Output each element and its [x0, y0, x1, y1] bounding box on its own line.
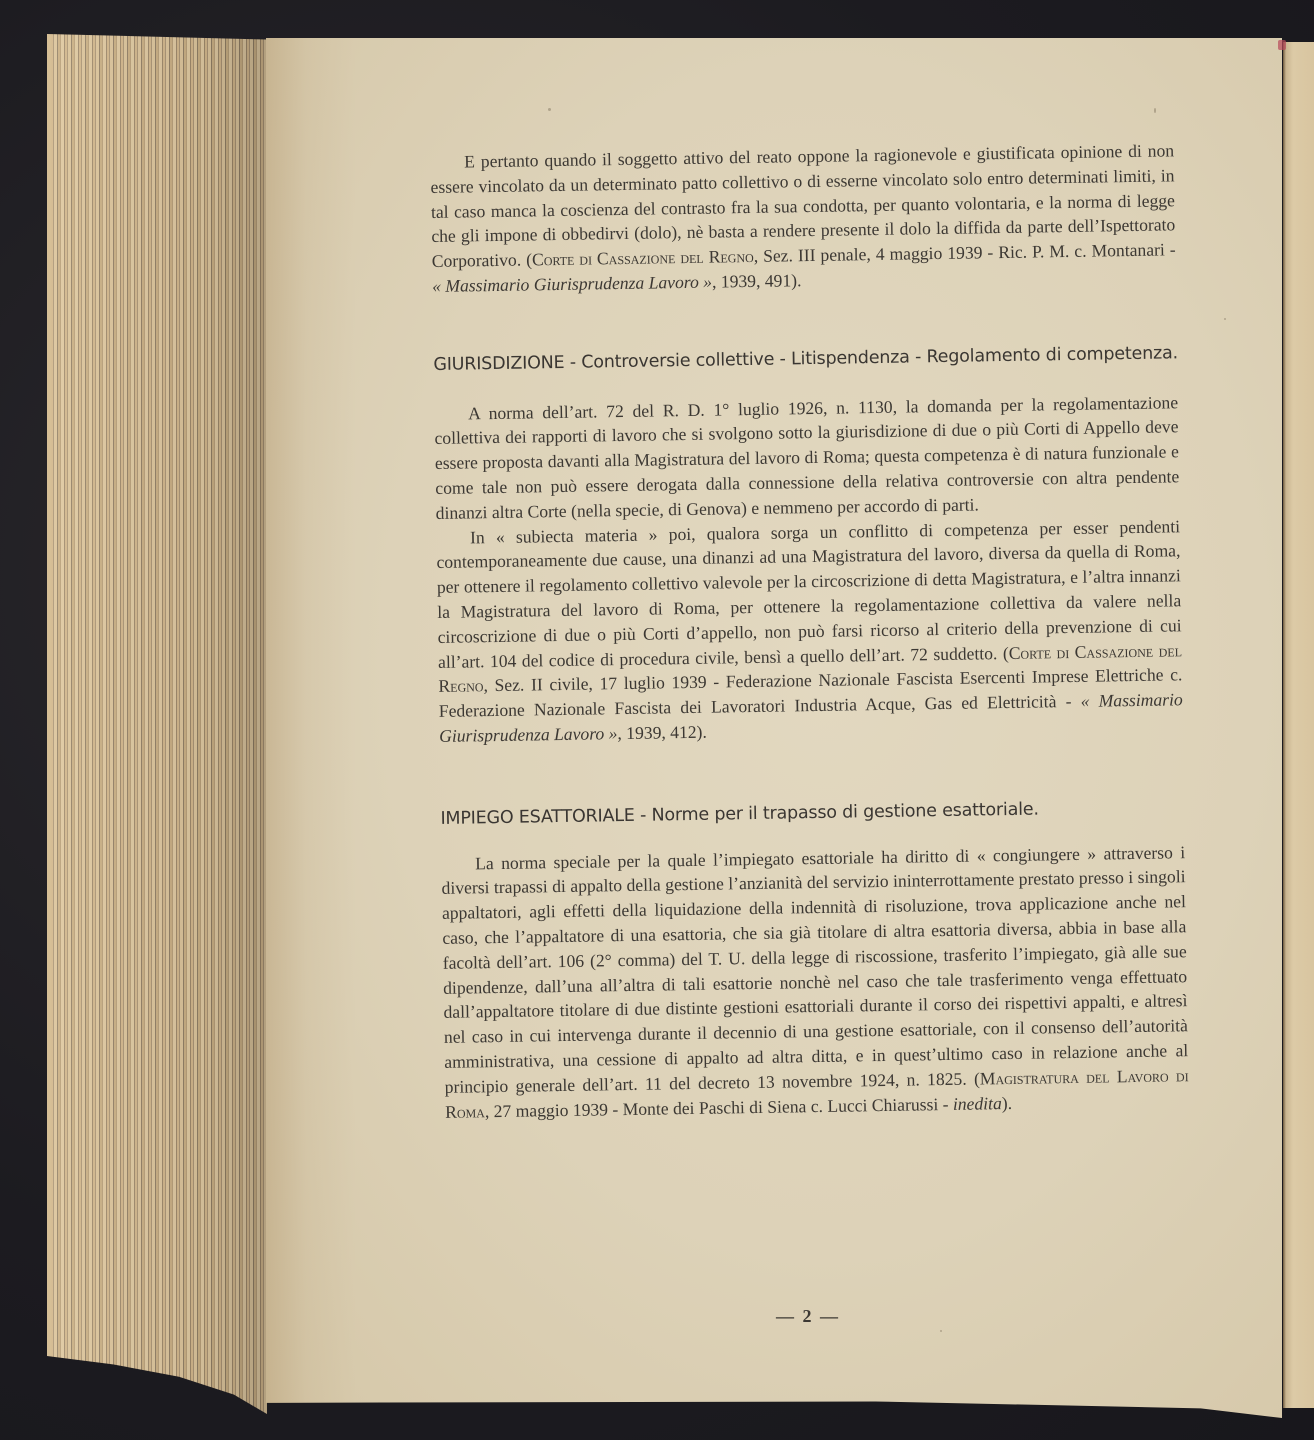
section-title-main: Giurisdizione — [433, 353, 564, 375]
court-citation: Corte di Cassazione del Regno — [532, 246, 754, 269]
text-run: , Sez. III penale, 4 maggio 1939 - Ric. … — [754, 239, 1176, 266]
section-title-impiego-esattoriale: Impiego esattoriale - Norme per il trapa… — [440, 795, 1184, 831]
section-title-rest: - Norme per il trapasso di gestione esat… — [635, 799, 1039, 825]
section-title-main: Impiego esattoriale — [440, 806, 634, 829]
text-run: La norma speciale per la quale l’impiega… — [441, 842, 1188, 1097]
adjacent-page-edge — [1283, 42, 1314, 1408]
text-run: , 1939, 412). — [617, 722, 707, 743]
section-paragraph: In « subiecta materia » poi, qualora sor… — [436, 514, 1183, 749]
paper-speck — [940, 1330, 942, 1332]
paper-speck — [1154, 108, 1156, 113]
text-run: A norma dell’art. 72 del R. D. 1° luglio… — [434, 392, 1179, 523]
intro-paragraph: E pertanto quando il soggetto attivo del… — [430, 138, 1176, 298]
text-run: , 1939, 491). — [712, 270, 802, 291]
page-number: — 2 — — [776, 1306, 840, 1327]
text-run: , Sez. II civile, 17 luglio 1939 - Feder… — [439, 665, 1183, 721]
section-title-rest: - Controversie collettive - Litispendenz… — [564, 343, 1178, 373]
page-content: E pertanto quando il soggetto attivo del… — [430, 138, 1189, 1124]
text-run: , 27 maggio 1939 - Monte dei Paschi di S… — [485, 1093, 953, 1120]
section-paragraph: La norma speciale per la quale l’impiega… — [441, 840, 1189, 1124]
publication-citation: inedita — [953, 1093, 1002, 1114]
page-block-edges — [47, 34, 267, 1414]
binding-thread-mark — [1278, 40, 1286, 50]
paper-speck — [1224, 318, 1226, 320]
publication-citation: « Massimario Giurisprudenza Lavoro » — [432, 272, 712, 296]
text-run: ). — [1002, 1092, 1013, 1112]
section-paragraph: A norma dell’art. 72 del R. D. 1° luglio… — [434, 390, 1180, 526]
paper-speck — [548, 108, 551, 111]
section-title-giurisdizione: Giurisdizione - Controversie collettive … — [433, 341, 1177, 377]
